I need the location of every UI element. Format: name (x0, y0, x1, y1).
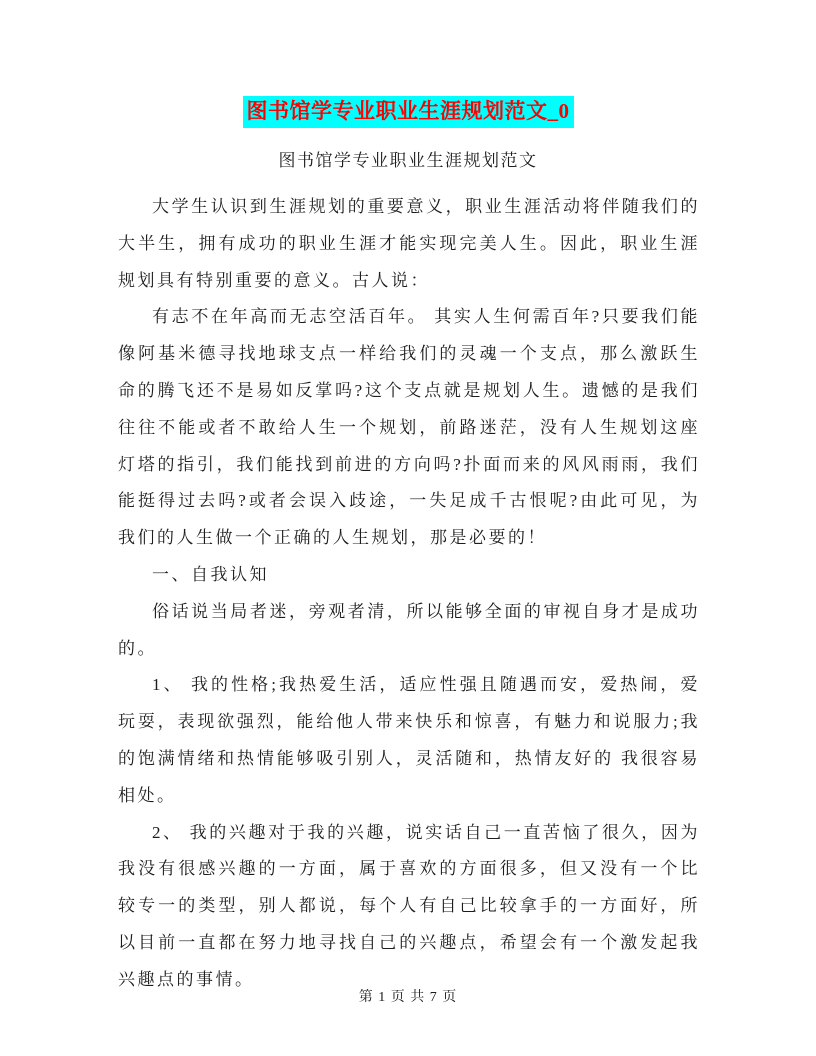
body-paragraph: 一、自我认知 (118, 557, 700, 594)
document-page: 图书馆学专业职业生涯规划范文_0 图书馆学专业职业生涯规划范文 大学生认识到生涯… (0, 0, 816, 1056)
body-paragraph: 有志不在年高而无志空活百年。 其实人生何需百年?只要我们能像阿基米德寻找地球支点… (118, 299, 700, 557)
title-highlight: 图书馆学专业职业生涯规划范文_0 (243, 96, 574, 128)
document-title: 图书馆学专业职业生涯规划范文_0 (0, 96, 816, 128)
body-paragraph: 1、 我的性格;我热爱生活，适应性强且随遇而安，爱热闹，爱玩耍，表现欲强烈，能给… (118, 667, 700, 814)
page-footer: 第 1 页 共 7 页 (0, 986, 816, 1006)
body-paragraph: 俗话说当局者迷，旁观者清，所以能够全面的审视自身才是成功的。 (118, 594, 700, 668)
body-paragraph: 大学生认识到生涯规划的重要意义，职业生涯活动将伴随我们的大半生，拥有成功的职业生… (118, 189, 700, 299)
document-body: 大学生认识到生涯规划的重要意义，职业生涯活动将伴随我们的大半生，拥有成功的职业生… (0, 189, 816, 999)
document-subtitle: 图书馆学专业职业生涯规划范文 (0, 151, 816, 171)
body-paragraph: 2、 我的兴趣对于我的兴趣，说实话自己一直苦恼了很久，因为我没有很感兴趣的一方面… (118, 815, 700, 999)
